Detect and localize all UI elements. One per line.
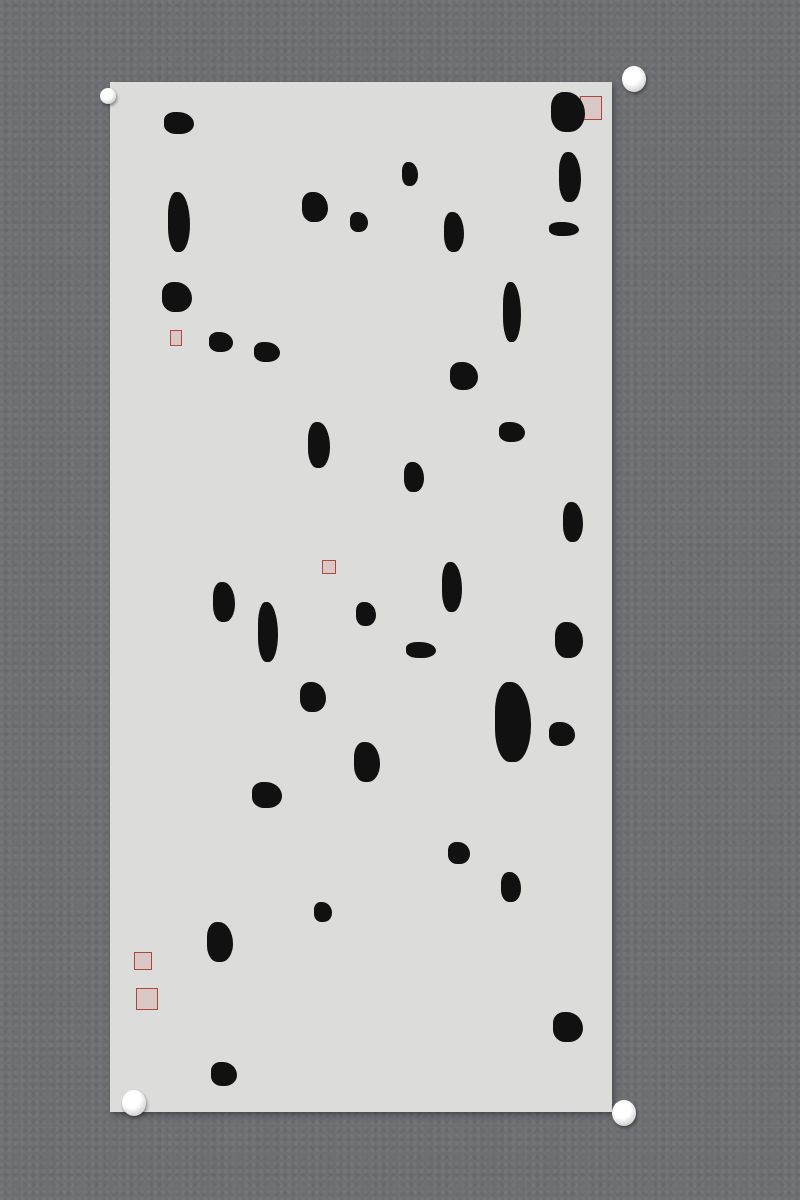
calligraphy-column-2 <box>495 82 539 1082</box>
pin-top-right <box>622 66 646 92</box>
calligraphy-column-1 <box>545 82 589 1082</box>
pin-bottom-right <box>612 1100 636 1126</box>
calligraphy-column-3 <box>440 82 484 1082</box>
pin-top-left <box>100 88 116 104</box>
calligraphy-column-7 <box>250 82 294 1082</box>
pin-bottom-left <box>122 1090 146 1116</box>
seal-signature-2 <box>136 988 158 1010</box>
calligraphy-column-8 <box>205 82 249 1082</box>
calligraphy-column-5 <box>350 82 394 1082</box>
calligraphy-scroll <box>110 82 612 1112</box>
calligraphy-column-4 <box>400 82 444 1082</box>
seal-signature-1 <box>134 952 152 970</box>
calligraphy-column-6 <box>300 82 344 1082</box>
calligraphy-column-9 <box>160 82 204 1082</box>
